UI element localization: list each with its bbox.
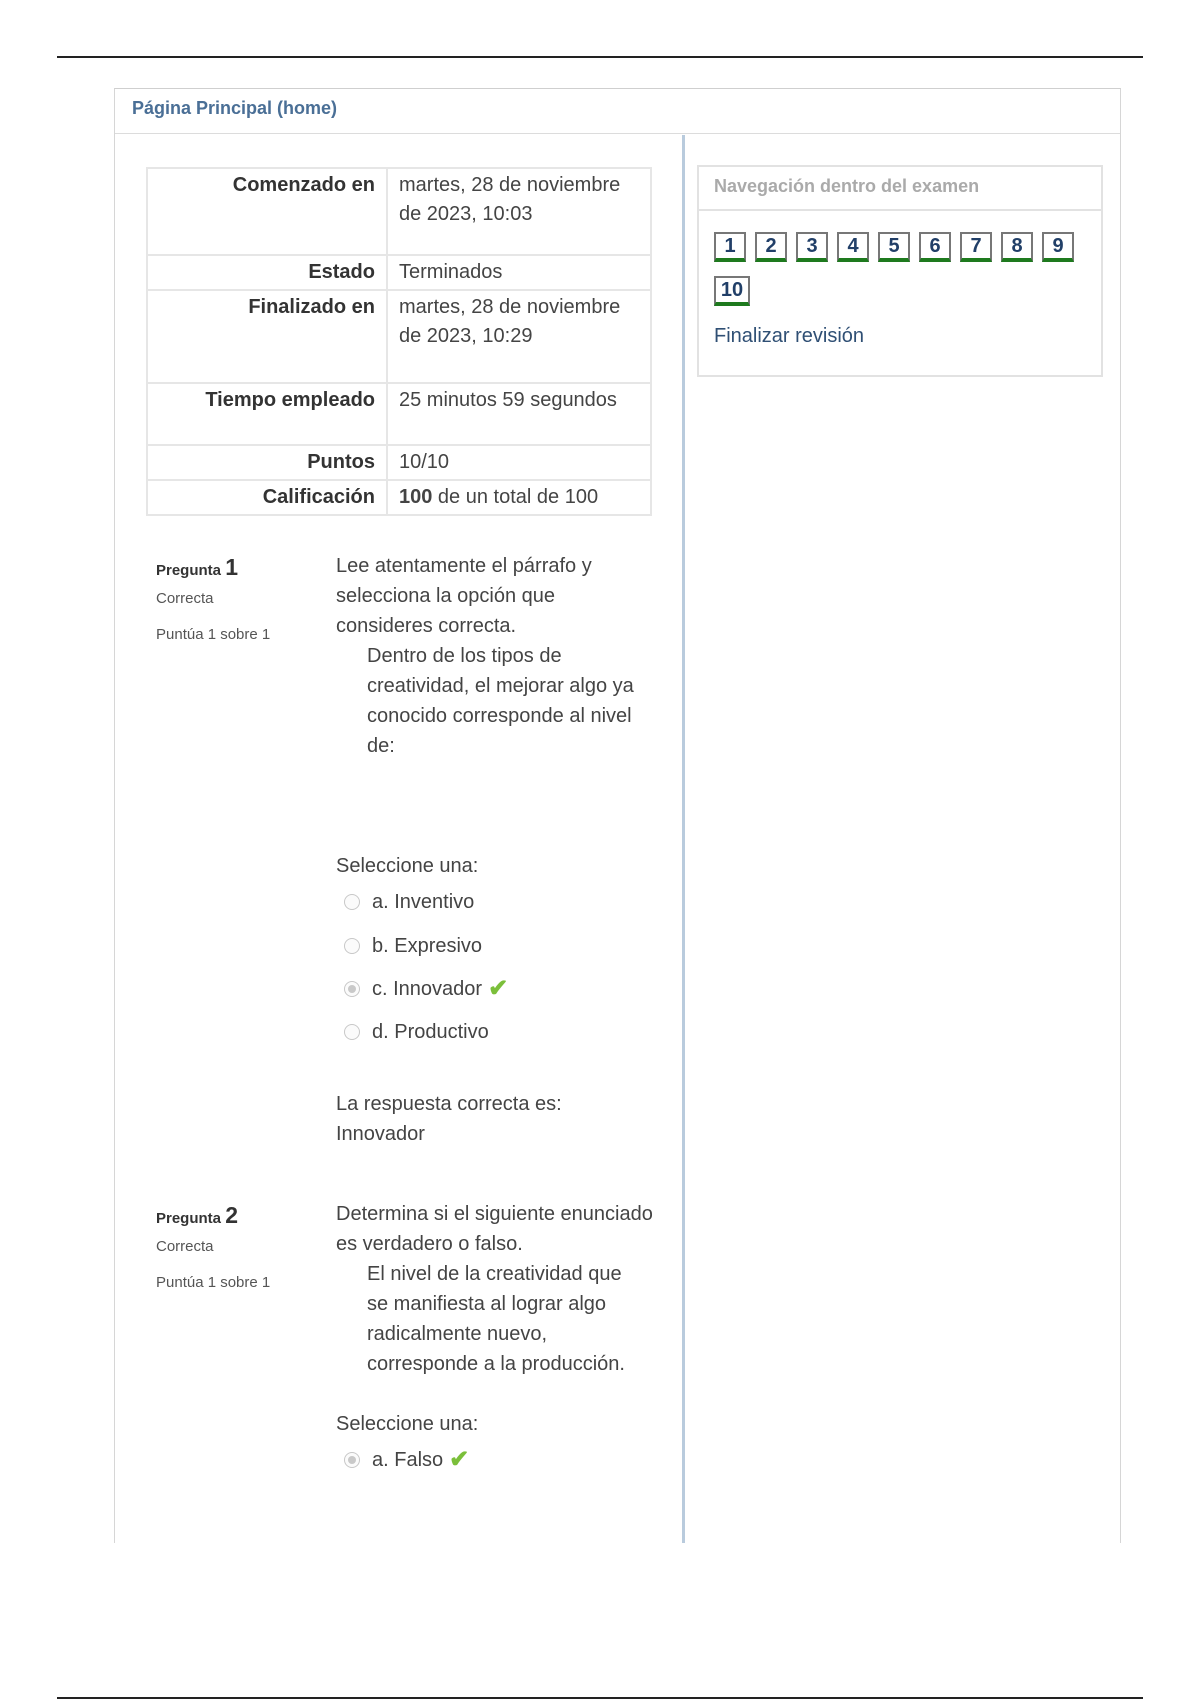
attempt-summary-table: Comenzado en martes, 28 de noviembre de … (146, 167, 652, 516)
answer-option-a[interactable]: a. Inventivo (344, 887, 656, 917)
correct-answer-label: La respuesta correcta es: (336, 1089, 656, 1119)
question-title: Pregunta (156, 1210, 221, 1227)
summary-label: Calificación (147, 480, 387, 515)
option-label: c. Innovador (372, 974, 482, 1004)
summary-row: Finalizado en martes, 28 de noviembre de… (147, 290, 651, 383)
question-nav-button-6[interactable]: 6 (919, 232, 951, 262)
question-buttons: 1 2 3 4 5 6 7 8 9 10 (699, 211, 1094, 320)
answer-option-c[interactable]: c. Innovador ✔ (344, 974, 656, 1004)
radio-button-selected[interactable] (344, 981, 360, 997)
summary-row: Estado Terminados (147, 255, 651, 290)
question-nav-button-8[interactable]: 8 (1001, 232, 1033, 262)
question-nav-button-9[interactable]: 9 (1042, 232, 1074, 262)
question-nav-button-4[interactable]: 4 (837, 232, 869, 262)
summary-row: Comenzado en martes, 28 de noviembre de … (147, 168, 651, 255)
question-statement: El nivel de la creatividad que se manifi… (336, 1259, 627, 1379)
answer-option-b[interactable]: b. Expresivo (344, 931, 656, 961)
question-2-body: Determina si el siguiente enunciado es v… (336, 1199, 656, 1475)
question-nav-button-1[interactable]: 1 (714, 232, 746, 262)
summary-row: Tiempo empleado 25 minutos 59 segundos (147, 383, 651, 445)
column-divider (682, 135, 685, 1543)
correct-answer-value: Innovador (336, 1119, 656, 1149)
summary-label: Comenzado en (147, 168, 387, 255)
summary-label: Finalizado en (147, 290, 387, 383)
summary-label: Puntos (147, 445, 387, 480)
option-label: d. Productivo (372, 1017, 489, 1047)
answer-option-d[interactable]: d. Productivo (344, 1017, 656, 1047)
bottom-rule (57, 1697, 1143, 1699)
summary-label: Estado (147, 255, 387, 290)
question-number: 2 (225, 1202, 238, 1228)
question-nav-button-3[interactable]: 3 (796, 232, 828, 262)
grade-score: 100 (399, 486, 432, 508)
summary-label: Tiempo empleado (147, 383, 387, 445)
summary-value: martes, 28 de noviembre de 2023, 10:29 (387, 290, 651, 383)
summary-value: martes, 28 de noviembre de 2023, 10:03 (387, 168, 651, 255)
question-1-body: Lee atentamente el párrafo y selecciona … (336, 551, 656, 1149)
question-number: 1 (225, 554, 238, 580)
answer-option-a[interactable]: a. Falso ✔ (344, 1445, 656, 1475)
question-statement: Dentro de los tipos de creatividad, el m… (336, 641, 656, 761)
summary-value: 10/10 (387, 445, 651, 480)
question-prompt: Lee atentamente el párrafo y selecciona … (336, 551, 656, 641)
checkmark-icon: ✔ (488, 979, 508, 999)
radio-button-selected[interactable] (344, 1452, 360, 1468)
question-nav-button-2[interactable]: 2 (755, 232, 787, 262)
question-status: Correcta (156, 1238, 270, 1274)
summary-row: Puntos 10/10 (147, 445, 651, 480)
option-label: b. Expresivo (372, 931, 482, 961)
page-header: Página Principal (home) (115, 89, 1120, 134)
select-label: Seleccione una: (336, 1409, 656, 1439)
question-status: Correcta (156, 590, 270, 626)
home-link[interactable]: Página Principal (home) (132, 98, 337, 119)
checkmark-icon: ✔ (449, 1450, 469, 1470)
radio-button[interactable] (344, 1024, 360, 1040)
question-1-info: Pregunta 1 Correcta Puntúa 1 sobre 1 (156, 554, 270, 662)
quiz-navigation-block: Navegación dentro del examen 1 2 3 4 5 6… (697, 165, 1103, 377)
question-nav-button-5[interactable]: 5 (878, 232, 910, 262)
select-label: Seleccione una: (336, 851, 656, 881)
summary-value: Terminados (387, 255, 651, 290)
question-nav-button-7[interactable]: 7 (960, 232, 992, 262)
summary-value: 25 minutos 59 segundos (387, 383, 651, 445)
grade-suffix: de un total de 100 (432, 486, 598, 508)
option-label: a. Falso (372, 1445, 443, 1475)
question-points: Puntúa 1 sobre 1 (156, 1274, 270, 1310)
question-title: Pregunta (156, 562, 221, 579)
question-nav-button-10[interactable]: 10 (714, 276, 750, 306)
radio-button[interactable] (344, 938, 360, 954)
top-rule (57, 56, 1143, 58)
option-label: a. Inventivo (372, 887, 474, 917)
question-prompt: Determina si el siguiente enunciado es v… (336, 1199, 656, 1259)
summary-row-grade: Calificación 100 de un total de 100 (147, 480, 651, 515)
radio-button[interactable] (344, 894, 360, 910)
quiz-review-page: Página Principal (home) Comenzado en mar… (114, 88, 1121, 1543)
quiz-navigation-title: Navegación dentro del examen (699, 167, 1101, 211)
grade-value: 100 de un total de 100 (387, 480, 651, 515)
finish-review-link[interactable]: Finalizar revisión (714, 325, 864, 348)
question-points: Puntúa 1 sobre 1 (156, 626, 270, 662)
question-2-info: Pregunta 2 Correcta Puntúa 1 sobre 1 (156, 1202, 270, 1310)
